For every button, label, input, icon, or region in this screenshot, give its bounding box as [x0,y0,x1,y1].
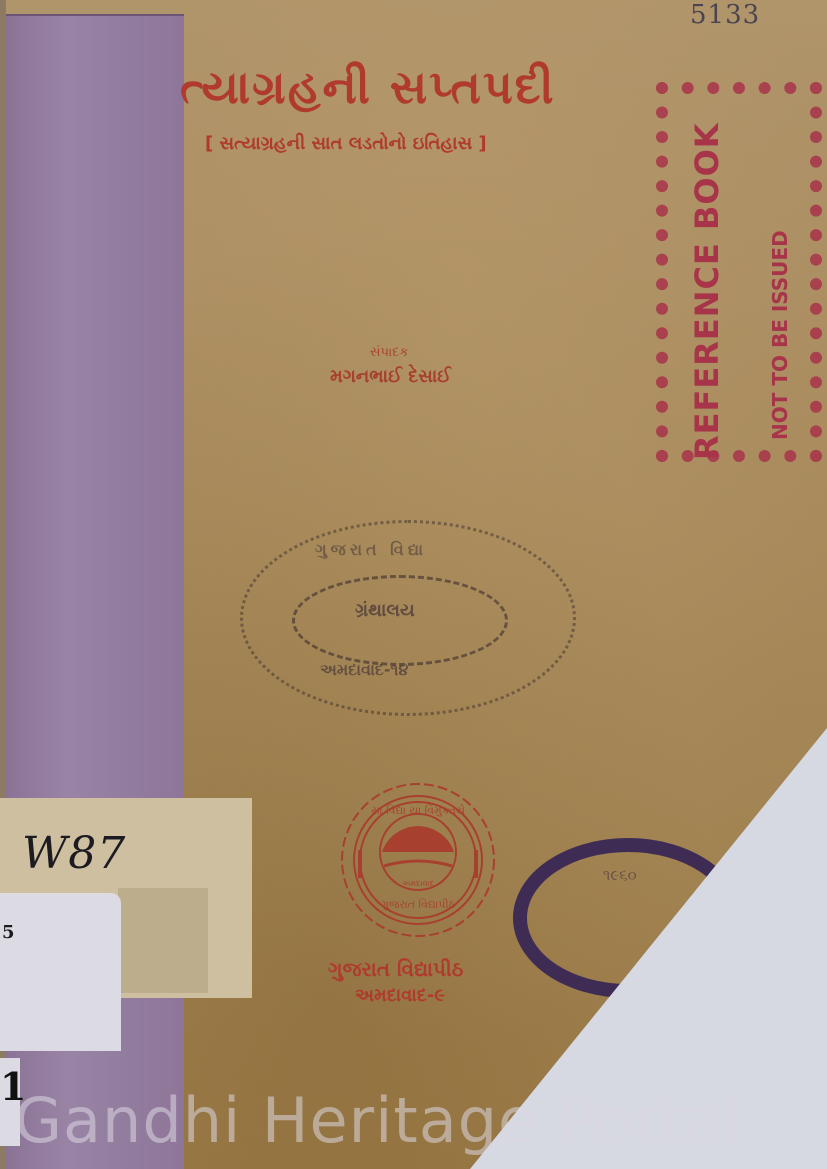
library-stamp-middle: ગ્રંથાલય [355,600,415,621]
vidyapith-seal-icon: સા વિદ્યા યા વિમુક્તયે અમદાવાદ ગુજરાત વિ… [328,780,508,940]
library-stamp-bottom: અમદાવાદ-૧૪ [320,660,408,680]
svg-text:સા વિદ્યા યા વિમુક્તયે: સા વિદ્યા યા વિમુક્તયે [371,804,465,817]
book-title: ત્યાગ્રહની સપ્તપદી [180,60,556,116]
editor-label: સંપાદક [370,345,409,360]
shelf-label-tape [118,888,208,993]
reference-stamp-border [656,82,822,462]
book-cover: 5133 ત્યાગ્રહની સપ્તપદી [ સત્યાગ્રહની સા… [0,0,827,1169]
svg-text:અમદાવાદ: અમદાવાદ [402,879,434,888]
reference-stamp-text: REFERENCE BOOK [688,122,726,460]
serial-number: 5133 [690,0,760,30]
editor-name: મગનભાઈ દેસાઈ [330,366,451,387]
publisher-name: ગુજરાત વિદ્યાપીઠ [328,957,463,981]
accession-label [0,893,121,1051]
svg-text:ગુજરાત વિદ્યાપીઠ: ગુજરાત વિદ્યાપીઠ [381,898,455,911]
shelf-code: W87 [22,828,126,879]
library-stamp-top: ગુજરાત વિદ્યા [315,540,427,560]
accession-label-text: 5 [2,922,15,943]
ink-ring-text: ૧૯૬૦ [603,866,637,884]
book-subtitle: [ સત્યાગ્રહની સાત લડતોનો ઇતિહાસ ] [205,133,487,154]
ink-ring-stamp [513,838,743,998]
reference-stamp-subtext: NOT TO BE ISSUED [768,230,792,440]
publisher-city: અમદાવાદ-૯ [355,985,445,1006]
watermark: Gandhi Heritage Portal [14,1084,742,1157]
